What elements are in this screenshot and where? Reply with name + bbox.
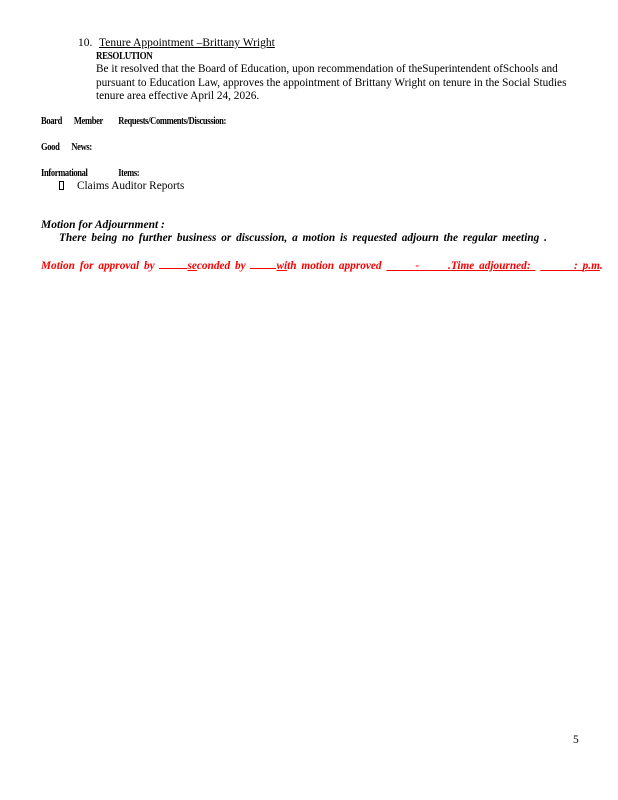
motion-text: conded by xyxy=(197,260,251,272)
vote-dash: - xyxy=(415,260,419,272)
informational-items-heading: InformationalItems: xyxy=(41,168,151,179)
heading-word: Member xyxy=(74,116,103,127)
motion-text: . xyxy=(600,260,603,272)
motion-text: th motion approved xyxy=(287,260,386,272)
vote-count-blank[interactable]: - .Time adjourned: xyxy=(386,260,535,272)
resolution-label: RESOLUTION xyxy=(96,51,152,62)
heading-word: Requests/Comments/Discussion: xyxy=(118,116,226,127)
heading-word: Board xyxy=(41,116,62,127)
list-item-label: Claims Auditor Reports xyxy=(77,180,184,192)
motion-text: Motion for approval by xyxy=(41,260,159,272)
agenda-item-title: Tenure Appointment –Brittany Wright xyxy=(99,37,275,49)
heading-word: Good xyxy=(41,142,59,153)
motion-text: se xyxy=(187,260,196,272)
motion-approval-line: Motion for approval by seconded by with … xyxy=(41,258,603,272)
good-news-heading: GoodNews: xyxy=(41,142,104,153)
time-pm: p.m xyxy=(583,260,600,272)
heading-word: News: xyxy=(71,142,91,153)
adjournment-text: There being no further business or discu… xyxy=(59,232,547,244)
time-colon: : xyxy=(574,260,578,272)
time-adjourned-blank[interactable]: : p.m xyxy=(540,260,600,272)
agenda-item-heading: 10. Tenure Appointment –Brittany Wright xyxy=(78,37,275,49)
resolution-text: Be it resolved that the Board of Educati… xyxy=(96,63,578,104)
motion-text: wi xyxy=(276,260,287,272)
motion-text: Time adjourned: xyxy=(451,260,536,272)
heading-word: Informational xyxy=(41,168,88,179)
bullet-icon xyxy=(59,181,64,190)
list-item: Claims Auditor Reports xyxy=(59,180,184,192)
seconded-by-blank[interactable] xyxy=(250,258,276,269)
heading-word: Items: xyxy=(118,168,139,179)
board-member-requests-heading: BoardMemberRequests/Comments/Discussion: xyxy=(41,116,238,127)
adjournment-heading: Motion for Adjournment : xyxy=(41,219,165,231)
page-number: 5 xyxy=(573,734,579,746)
motion-by-blank[interactable] xyxy=(159,258,187,269)
agenda-item-number: 10. xyxy=(78,37,92,49)
